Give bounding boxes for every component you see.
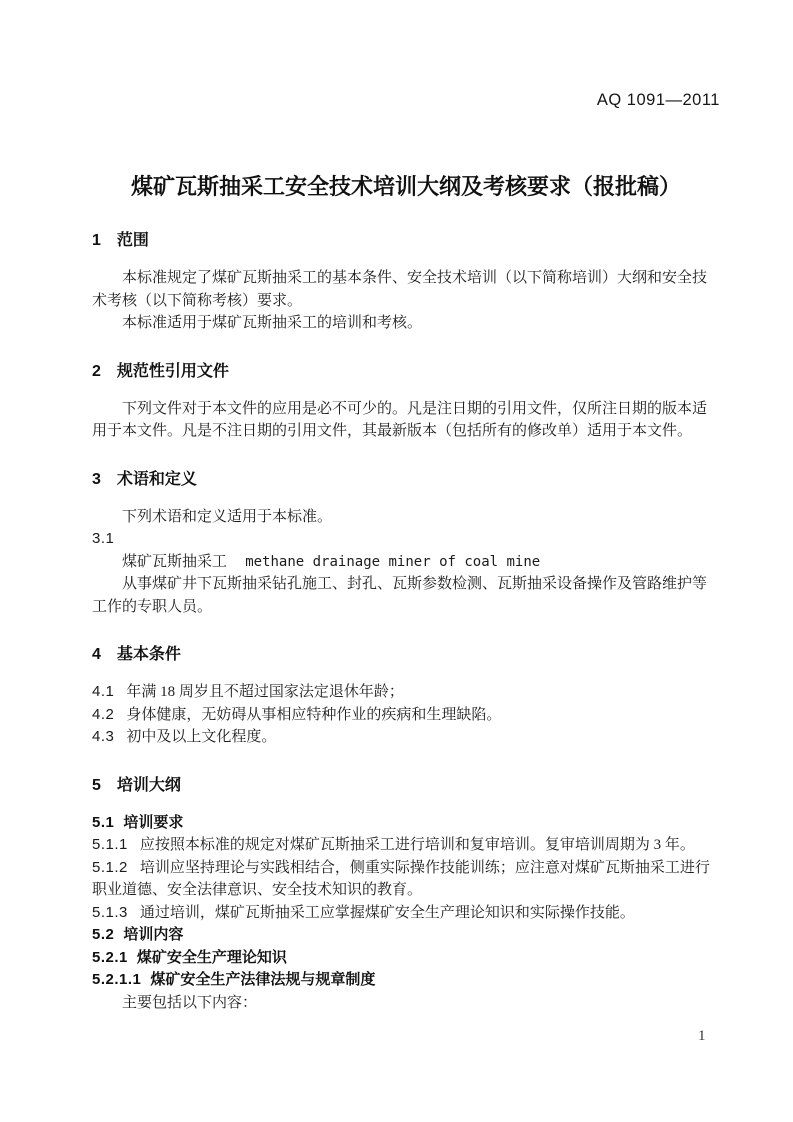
section-4-number: 4 xyxy=(92,646,101,663)
clause-title: 培训要求 xyxy=(123,814,183,831)
section-3-number: 3 xyxy=(92,471,101,488)
clause-number: 5.2 xyxy=(92,926,114,943)
clause-text: 培训应坚持理论与实践相结合，侧重实际操作技能训练；应注意对煤矿瓦斯抽采工进行职业… xyxy=(92,860,710,899)
clause-number: 4.1 xyxy=(92,683,114,700)
clause-text: 通过培训，煤矿瓦斯抽采工应掌握煤矿安全生产理论知识和实际操作技能。 xyxy=(140,905,635,921)
term-zh: 煤矿瓦斯抽采工 xyxy=(122,554,227,570)
standard-number: AQ 1091—2011 xyxy=(92,90,720,110)
section-normative-references: 2规范性引用文件 下列文件对于本文件的应用是必不可少的。凡是注日期的引用文件，仅… xyxy=(92,361,720,443)
paragraph: 本标准规定了煤矿瓦斯抽采工的基本条件、安全技术培训（以下简称培训）大纲和安全技术… xyxy=(92,267,720,312)
section-basic-conditions: 4基本条件 4.1年满 18 周岁且不超过国家法定退休年龄； 4.2身体健康，无… xyxy=(92,644,720,749)
section-2-heading: 2规范性引用文件 xyxy=(92,361,720,383)
paragraph: 本标准适用于煤矿瓦斯抽采工的培训和考核。 xyxy=(92,312,720,335)
clause-text: 年满 18 周岁且不超过国家法定退休年龄； xyxy=(126,684,404,700)
section-1-title: 范围 xyxy=(117,232,149,249)
clause-title: 煤矿安全生产法律法规与规章制度 xyxy=(150,971,375,988)
clause-heading-5-1: 5.1培训要求 xyxy=(92,812,720,835)
section-3-title: 术语和定义 xyxy=(117,471,197,488)
section-5-heading: 5培训大纲 xyxy=(92,775,720,797)
section-scope: 1范围 本标准规定了煤矿瓦斯抽采工的基本条件、安全技术培训（以下简称培训）大纲和… xyxy=(92,230,720,335)
clause-number: 5.1.1 xyxy=(92,836,128,853)
clause-item: 5.1.3通过培训，煤矿瓦斯抽采工应掌握煤矿安全生产理论知识和实际操作技能。 xyxy=(92,902,720,925)
section-4-heading: 4基本条件 xyxy=(92,644,720,666)
clause-heading-5-2-1-1: 5.2.1.1煤矿安全生产法律法规与规章制度 xyxy=(92,969,720,992)
section-3-heading: 3术语和定义 xyxy=(92,469,720,491)
clause-heading-5-2: 5.2培训内容 xyxy=(92,924,720,947)
document-page: AQ 1091—2011 煤矿瓦斯抽采工安全技术培训大纲及考核要求（报批稿） 1… xyxy=(0,0,793,1122)
clause-title: 煤矿安全生产理论知识 xyxy=(137,949,287,966)
paragraph: 下列文件对于本文件的应用是必不可少的。凡是注日期的引用文件，仅所注日期的版本适用… xyxy=(92,398,720,443)
clause-number: 4.2 xyxy=(92,706,114,723)
section-1-heading: 1范围 xyxy=(92,230,720,252)
clause-number: 5.1.3 xyxy=(92,904,128,921)
clause-number: 5.1 xyxy=(92,814,114,831)
section-5-title: 培训大纲 xyxy=(117,777,181,794)
term-line: 煤矿瓦斯抽采工methane drainage miner of coal mi… xyxy=(92,551,720,574)
clause-number: 5.2.1.1 xyxy=(92,971,141,988)
section-2-title: 规范性引用文件 xyxy=(117,363,229,380)
clause-heading-5-2-1: 5.2.1煤矿安全生产理论知识 xyxy=(92,947,720,970)
clause-item: 5.1.2培训应坚持理论与实践相结合，侧重实际操作技能训练；应注意对煤矿瓦斯抽采… xyxy=(92,857,720,902)
clause-number: 5.2.1 xyxy=(92,949,128,966)
section-terms-definitions: 3术语和定义 下列术语和定义适用于本标准。 3.1 煤矿瓦斯抽采工methane… xyxy=(92,469,720,619)
section-5-number: 5 xyxy=(92,777,101,794)
clause-item: 4.3初中及以上文化程度。 xyxy=(92,726,720,749)
clause-title: 培训内容 xyxy=(123,926,183,943)
page-number: 1 xyxy=(698,1028,706,1045)
document-title: 煤矿瓦斯抽采工安全技术培训大纲及考核要求（报批稿） xyxy=(92,170,720,204)
paragraph: 主要包括以下内容： xyxy=(92,992,720,1015)
clause-text: 身体健康，无妨碍从事相应特种作业的疾病和生理缺陷。 xyxy=(126,707,501,723)
term-number: 3.1 xyxy=(92,528,720,551)
clause-item: 5.1.1应按照本标准的规定对煤矿瓦斯抽采工进行培训和复审培训。复审培训周期为 … xyxy=(92,834,720,857)
section-1-number: 1 xyxy=(92,232,101,249)
section-4-title: 基本条件 xyxy=(117,646,181,663)
clause-number: 4.3 xyxy=(92,728,114,745)
clause-text: 初中及以上文化程度。 xyxy=(126,729,276,745)
clause-item: 4.2身体健康，无妨碍从事相应特种作业的疾病和生理缺陷。 xyxy=(92,704,720,727)
section-training-outline: 5培训大纲 5.1培训要求 5.1.1应按照本标准的规定对煤矿瓦斯抽采工进行培训… xyxy=(92,775,720,1015)
clause-number: 5.1.2 xyxy=(92,859,128,876)
clause-text: 应按照本标准的规定对煤矿瓦斯抽采工进行培训和复审培训。复审培训周期为 3 年。 xyxy=(140,837,695,853)
clause-item: 4.1年满 18 周岁且不超过国家法定退休年龄； xyxy=(92,681,720,704)
term-definition: 从事煤矿井下瓦斯抽采钻孔施工、封孔、瓦斯参数检测、瓦斯抽采设备操作及管路维护等工… xyxy=(92,573,720,618)
terms-intro: 下列术语和定义适用于本标准。 xyxy=(92,506,720,529)
term-en: methane drainage miner of coal mine xyxy=(245,554,540,570)
section-2-number: 2 xyxy=(92,363,101,380)
